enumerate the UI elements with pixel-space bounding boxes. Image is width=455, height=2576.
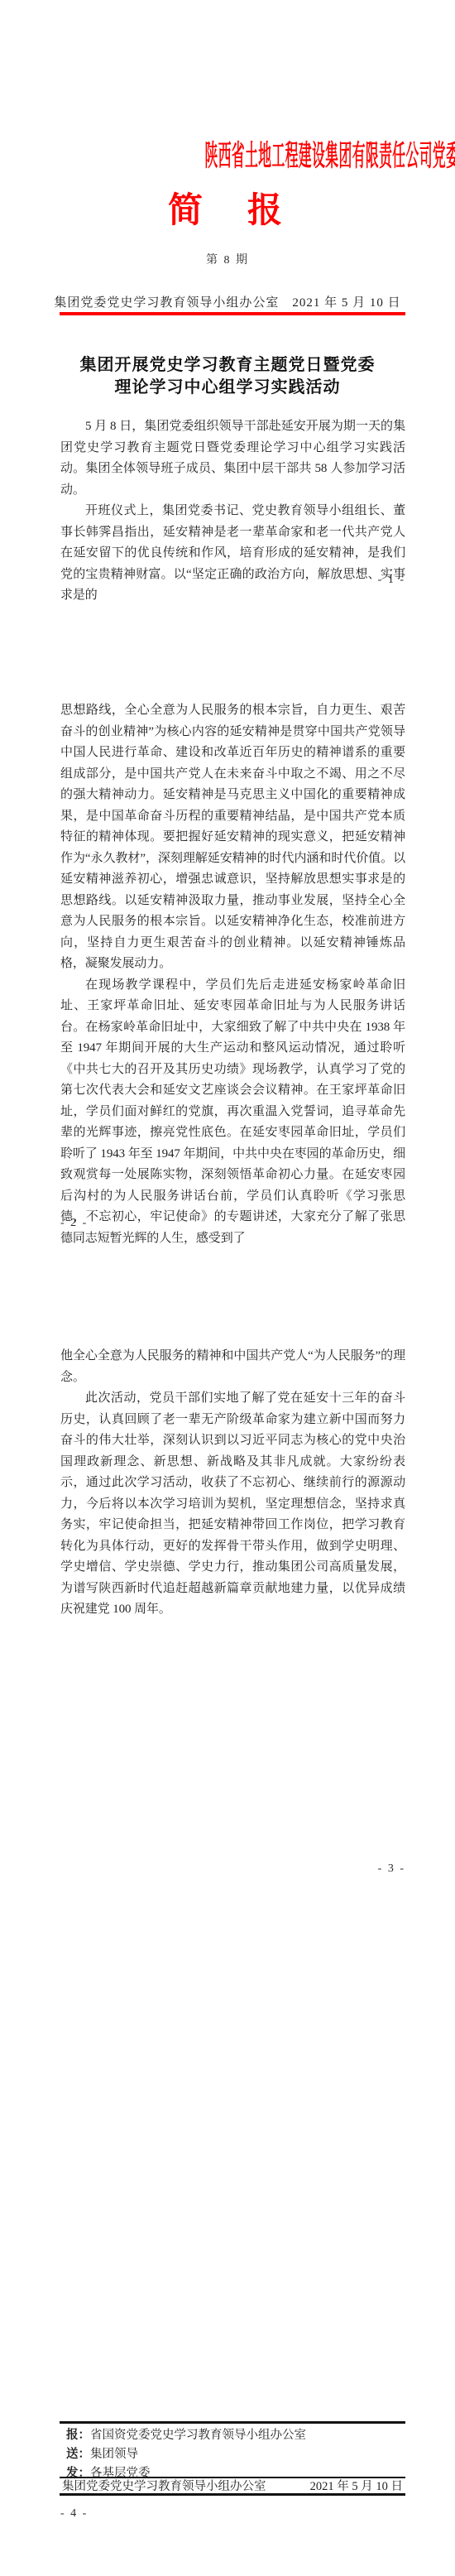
- footer-date: 2021 年 5 月 10 日: [310, 2481, 403, 2493]
- body-paragraph: 此次活动，党员干部们实地了解了党在延安十三年的奋斗历史，认真回顾了老一辈无产阶级…: [60, 1388, 405, 1621]
- issuer-date-line: 集团党委党史学习教育领导小组办公室 2021 年 5 月 10 日: [0, 293, 455, 310]
- masthead: 陕西省土地工程建设集团有限责任公司党委党史学习教育: [0, 141, 455, 172]
- masthead-org-title: 陕西省土地工程建设集团有限责任公司党委党史学习教育: [205, 141, 455, 172]
- red-divider: [60, 312, 405, 315]
- footer-issuer: 集团党委党史学习教育领导小组办公室: [62, 2481, 266, 2493]
- body-paragraph: 思想路线，全心全意为人民服务的根本宗旨，自力更生、艰苦奋斗的创业精神”为核心内容…: [60, 700, 405, 975]
- body-paragraph: 在现场教学课程中，学员们先后走进延安杨家岭革命旧址、王家坪革命旧址、延安枣园革命…: [60, 975, 405, 1250]
- footer-distribution-lines: 报：省国资党委党史学习教育领导小组办公室 送：集团领导 发：各基层党委: [66, 2426, 405, 2483]
- page-number-3: - 3 -: [60, 1862, 405, 1876]
- bulletin-document: 陕西省土地工程建设集团有限责任公司党委党史学习教育 简 报 第 8 期 集团党委…: [0, 0, 455, 2576]
- article-title-line-2: 理论学习中心组学习实践活动: [33, 377, 422, 399]
- footer-send-line: 送：集团领导: [66, 2445, 405, 2464]
- bulletin-title: 简 报: [0, 190, 455, 232]
- footer-send-label: 送：: [66, 2448, 90, 2461]
- article-title-line-1: 集团开展党史学习教育主题党日暨党委: [33, 354, 422, 377]
- body-paragraph: 他全心全意为人民服务的精神和中国共产党人“为人民服务”的理念。: [60, 1346, 405, 1388]
- footer-report-value: 省国资党委党史学习教育领导小组办公室: [90, 2429, 306, 2442]
- footer-send-value: 集团领导: [90, 2448, 138, 2461]
- page-number-1: - 1 -: [60, 574, 405, 587]
- page-number-4: - 4 -: [60, 2507, 405, 2521]
- page-3-body: 他全心全意为人民服务的精神和中国共产党人“为人民服务”的理念。此次活动，党员干部…: [60, 1346, 405, 1621]
- body-paragraph: 开班仪式上，集团党委书记、党史教育领导小组组长、董事长韩霁昌指出，延安精神是老一…: [60, 501, 405, 607]
- footer-divider-bottom: [60, 2493, 405, 2496]
- footer-issuer-row: 集团党委党史学习教育领导小组办公室 2021 年 5 月 10 日: [62, 2481, 403, 2493]
- page-number-2: - 2 -: [60, 1217, 405, 1230]
- footer-divider-top: [60, 2421, 405, 2424]
- footer-report-line: 报：省国资党委党史学习教育领导小组办公室: [66, 2426, 405, 2445]
- body-paragraph: 5 月 8 日，集团党委组织领导干部赴延安开展为期一天的集团党史学习教育主题党日…: [60, 416, 405, 501]
- footer-divider-middle: [60, 2477, 405, 2478]
- page-2-body: 思想路线，全心全意为人民服务的根本宗旨，自力更生、艰苦奋斗的创业精神”为核心内容…: [60, 700, 405, 1249]
- issue-number: 第 8 期: [0, 251, 455, 267]
- article-title: 集团开展党史学习教育主题党日暨党委 理论学习中心组学习实践活动: [33, 354, 422, 399]
- footer-report-label: 报：: [66, 2429, 90, 2442]
